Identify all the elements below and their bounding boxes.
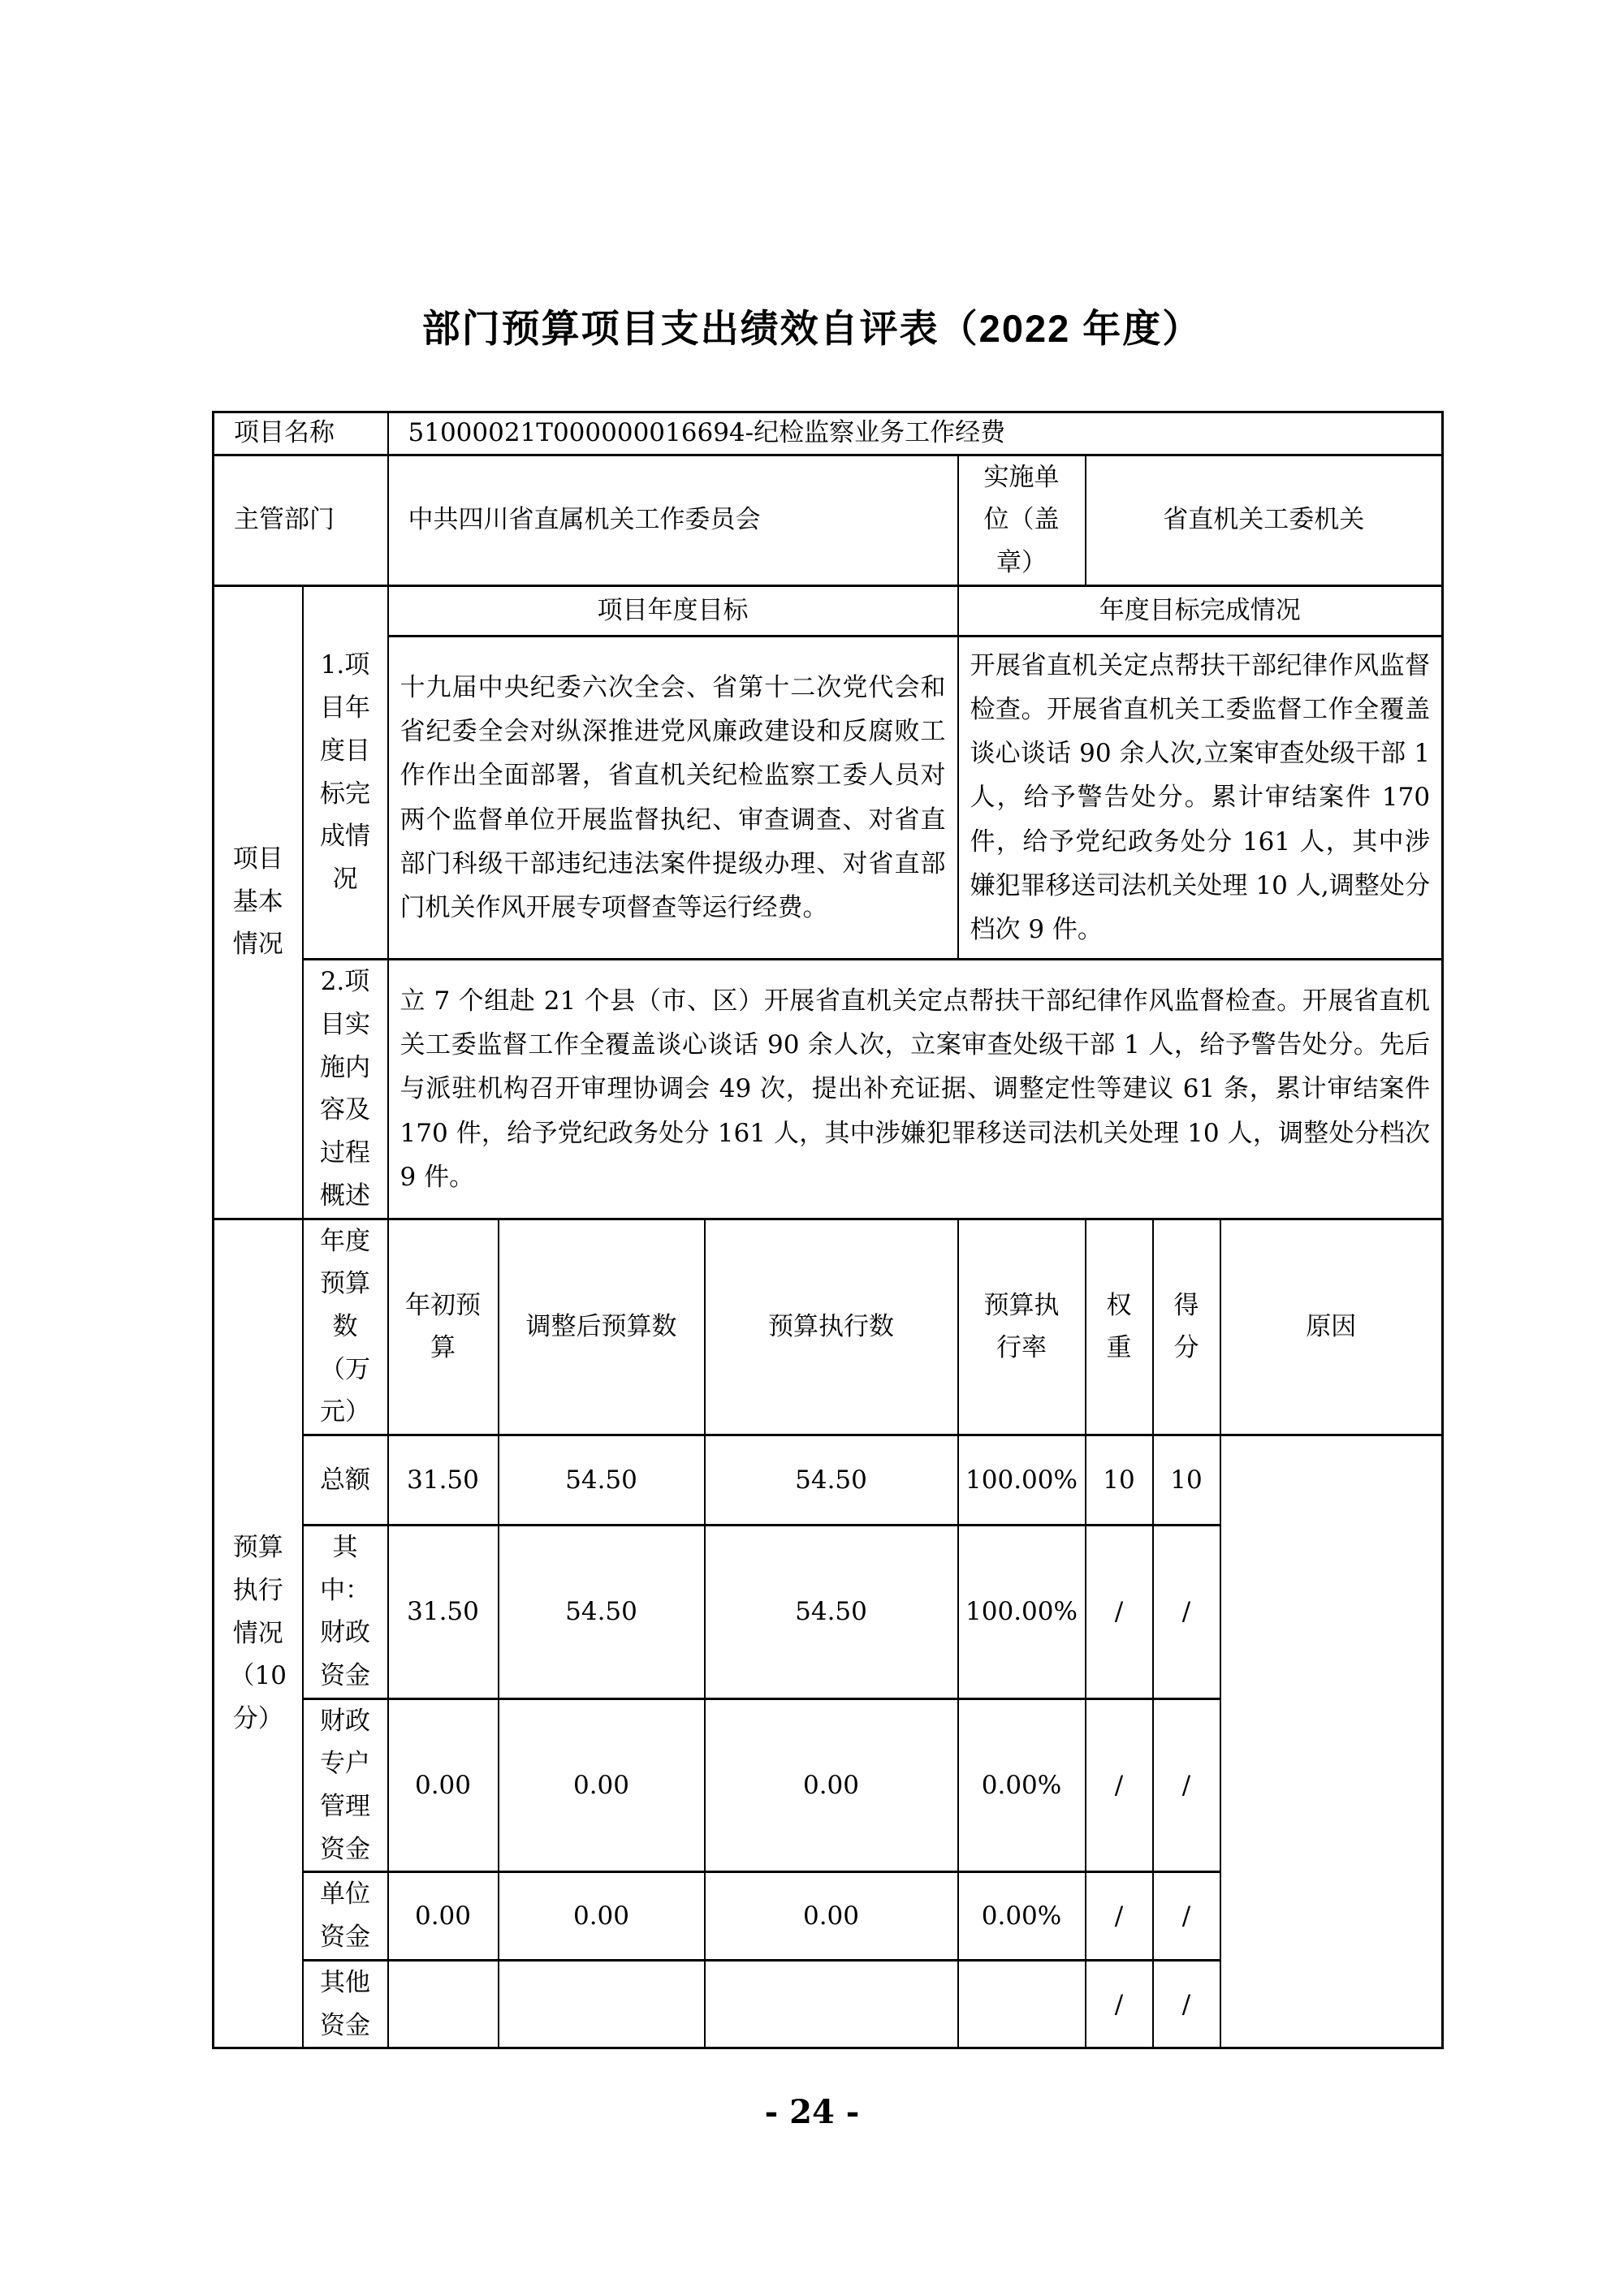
- budget-weight-value: /: [1086, 1525, 1153, 1698]
- budget-score-value: /: [1153, 1872, 1220, 1960]
- self-evaluation-table: 项目名称 51000021T000000016694-纪检监察业务工作经费 主管…: [212, 411, 1444, 2049]
- budget-header-executed: 预算执行数: [705, 1219, 958, 1435]
- budget-weight-value: /: [1086, 1960, 1153, 2048]
- budget-initial-value: 31.50: [388, 1525, 499, 1698]
- budget-header-weight: 权 重: [1086, 1219, 1153, 1435]
- budget-header-row-group: 年度 预算 数 （万 元）: [303, 1219, 388, 1435]
- budget-row-label: 其 中： 财政 资金: [303, 1525, 388, 1698]
- budget-executed-value: 54.50: [705, 1525, 958, 1698]
- budget-executed-value: 0.00: [705, 1698, 958, 1872]
- budget-weight-value: /: [1086, 1872, 1153, 1960]
- page-title: 部门预算项目支出绩效自评表（2022 年度）: [0, 299, 1624, 353]
- budget-score-value: 10: [1153, 1435, 1220, 1525]
- budget-adjusted-value: 0.00: [499, 1698, 705, 1872]
- budget-executed-value: 0.00: [705, 1872, 958, 1960]
- budget-adjusted-value: 0.00: [499, 1872, 705, 1960]
- budget-initial-value: [388, 1960, 499, 2048]
- impl-unit-value: 省直机关工委机关: [1086, 455, 1443, 585]
- budget-score-value: /: [1153, 1698, 1220, 1872]
- page-number: - 24 -: [0, 2093, 1624, 2131]
- budget-header-rate: 预算执 行率: [958, 1219, 1086, 1435]
- budget-row-label: 总额: [303, 1435, 388, 1525]
- project-name-value: 51000021T000000016694-纪检监察业务工作经费: [388, 412, 1443, 455]
- budget-rate-value: 100.00%: [958, 1435, 1086, 1525]
- budget-executed-value: 54.50: [705, 1435, 958, 1525]
- budget-score-value: /: [1153, 1960, 1220, 2048]
- budget-weight-value: /: [1086, 1698, 1153, 1872]
- goal-completion-text: 开展省直机关定点帮扶干部纪律作风监督检查。开展省直机关工委监督工作全覆盖谈心谈话…: [958, 636, 1443, 960]
- budget-rate-value: [958, 1960, 1086, 2048]
- budget-rate-value: 0.00%: [958, 1872, 1086, 1960]
- budget-initial-value: 0.00: [388, 1698, 499, 1872]
- budget-section-label: 预算 执行 情况 （10 分）: [214, 1219, 303, 2048]
- project-name-label: 项目名称: [214, 412, 388, 455]
- department-label: 主管部门: [214, 455, 388, 585]
- budget-row-total: 总额 31.50 54.50 54.50 100.00% 10 10: [214, 1435, 1443, 1525]
- impl-unit-label: 实施单 位（盖 章）: [958, 455, 1086, 585]
- annual-goal-header: 项目年度目标: [388, 585, 958, 636]
- budget-header-reason: 原因: [1220, 1219, 1443, 1435]
- budget-initial-value: 31.50: [388, 1435, 499, 1525]
- annual-goal-text: 十九届中央纪委六次全会、省第十二次党代会和省纪委全会对纵深推进党风廉政建设和反腐…: [388, 636, 958, 960]
- budget-adjusted-value: 54.50: [499, 1435, 705, 1525]
- budget-row-label: 单位 资金: [303, 1872, 388, 1960]
- section1-label: 1.项 目年 度目 标完 成情 况: [303, 585, 388, 960]
- budget-header-score: 得 分: [1153, 1219, 1220, 1435]
- basic-info-label: 项目 基本 情况: [214, 585, 303, 1219]
- goal-completion-header: 年度目标完成情况: [958, 585, 1443, 636]
- budget-weight-value: 10: [1086, 1435, 1153, 1525]
- budget-rate-value: 100.00%: [958, 1525, 1086, 1698]
- budget-row-label: 财政 专户 管理 资金: [303, 1698, 388, 1872]
- section2-label: 2.项 目实 施内 容及 过程 概述: [303, 960, 388, 1219]
- budget-row-label: 其他 资金: [303, 1960, 388, 2048]
- budget-score-value: /: [1153, 1525, 1220, 1698]
- budget-rate-value: 0.00%: [958, 1698, 1086, 1872]
- budget-adjusted-value: [499, 1960, 705, 2048]
- budget-adjusted-value: 54.50: [499, 1525, 705, 1698]
- document-page: 部门预算项目支出绩效自评表（2022 年度） 项目名称 51000021T000…: [0, 0, 1624, 2296]
- department-value: 中共四川省直属机关工作委员会: [388, 455, 958, 585]
- budget-header-adjusted: 调整后预算数: [499, 1219, 705, 1435]
- budget-executed-value: [705, 1960, 958, 2048]
- budget-initial-value: 0.00: [388, 1872, 499, 1960]
- budget-header-initial: 年初预 算: [388, 1219, 499, 1435]
- section2-text: 立 7 个组赴 21 个县（市、区）开展省直机关定点帮扶干部纪律作风监督检查。开…: [388, 960, 1443, 1219]
- reason-value-cell: [1220, 1435, 1443, 2048]
